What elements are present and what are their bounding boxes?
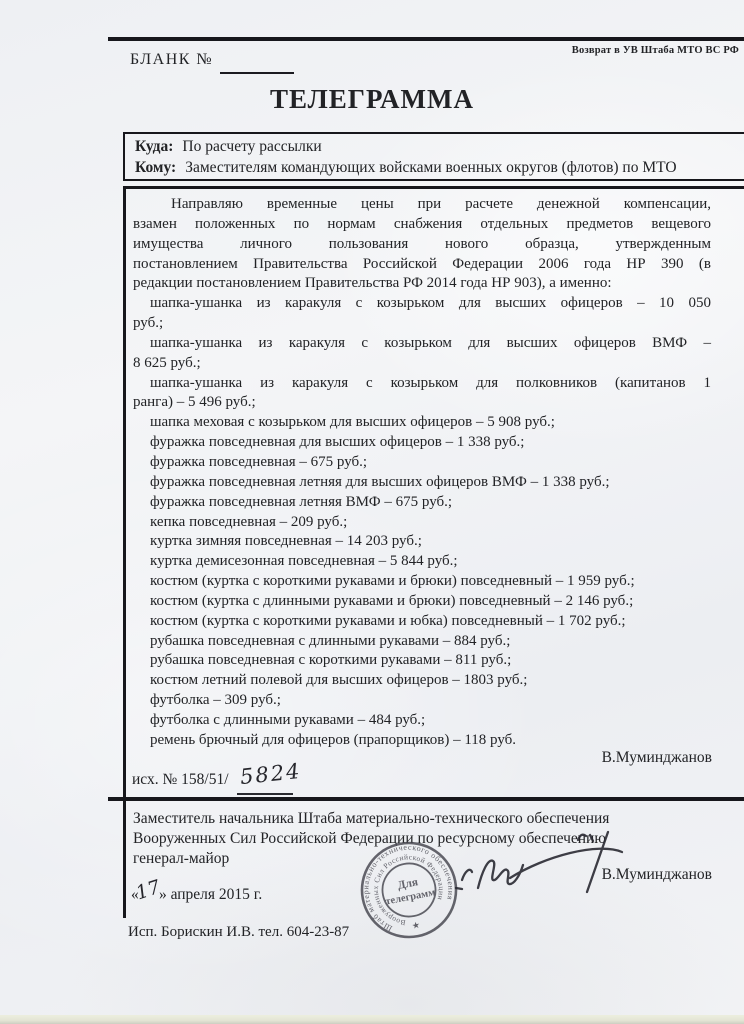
- stamp-center-line2: телеграмм: [385, 887, 437, 907]
- date-line: «17» апреля 2015 г.: [131, 882, 262, 904]
- price-item-line: костюм (куртка с длинными рукавами и брю…: [133, 592, 711, 612]
- date-rest: » апреля 2015 г.: [159, 886, 262, 903]
- top-rule: [108, 37, 744, 41]
- price-item-line: футболка – 309 руб.;: [133, 691, 711, 711]
- intro-line: Направляю временные цены при расчете ден…: [133, 195, 711, 215]
- recipient-value: Заместителям командующих войсками военны…: [185, 159, 676, 176]
- signatory-name-top: В.Муминджанов: [480, 749, 712, 767]
- price-item-line: шапка меховая с козырьком для высших офи…: [133, 413, 711, 433]
- address-box: Куда:По расчету рассылки Кому:Заместител…: [123, 132, 744, 181]
- price-item-line: куртка демисезонная повседневная – 5 844…: [133, 552, 711, 572]
- signature-scrawl-icon: [450, 828, 640, 913]
- recipient-label: Кому:: [135, 159, 176, 176]
- intro-line: постановлением Правительства Российской …: [133, 255, 711, 275]
- separator-rule: [108, 797, 744, 801]
- to-value: По расчету рассылки: [182, 138, 321, 155]
- address-recipient-row: Кому:Заместителям командующих войсками в…: [135, 158, 744, 179]
- intro-line: взамен положенных по нормам снабжения от…: [133, 215, 711, 235]
- price-item-line: кепка повседневная – 209 руб.;: [133, 513, 711, 533]
- price-item-line: рубашка повседневная с короткими рукавам…: [133, 651, 711, 671]
- telegram-document: Возврат в УВ Штаба МТО ВС РФ БЛАНК № ТЕЛ…: [0, 0, 744, 1024]
- intro-line: редакции постановлением Правительства РФ…: [133, 274, 711, 294]
- price-item-line: рубашка повседневная с длинными рукавами…: [133, 632, 711, 652]
- price-item-line: костюм (куртка с короткими рукавами и бр…: [133, 572, 711, 592]
- intro-paragraph: Направляю временные цены при расчете ден…: [133, 195, 711, 294]
- price-item-line: фуражка повседневная летняя ВМФ – 675 ру…: [133, 493, 711, 513]
- price-item-line: фуражка повседневная летняя для высших о…: [133, 473, 711, 493]
- price-item-line: фуражка повседневная для высших офицеров…: [133, 433, 711, 453]
- body-text: Направляю временные цены при расчете ден…: [133, 195, 711, 751]
- price-item-line: фуражка повседневная – 675 руб.;: [133, 453, 711, 473]
- price-item-line: футболка с длинными рукавами – 484 руб.;: [133, 711, 711, 731]
- position-line: Заместитель начальника Штаба материально…: [133, 809, 698, 829]
- executor-line: Исп. Борискин И.В. тел. 604-23-87: [128, 924, 349, 941]
- address-to-row: Куда:По расчету рассылки: [135, 137, 744, 158]
- intro-line: имущества личного пользования нового обр…: [133, 235, 711, 255]
- document-title: ТЕЛЕГРАММА: [0, 84, 744, 115]
- to-label: Куда:: [135, 138, 173, 155]
- price-item-line: шапка-ушанка из каракуля с козырьком для…: [133, 294, 711, 314]
- price-item-line: руб.;: [133, 314, 711, 334]
- stamp-star-icon: ★: [411, 920, 421, 931]
- price-item-line: ремень брючный для офицеров (прапорщиков…: [133, 731, 711, 751]
- price-item-line: куртка зимняя повседневная – 14 203 руб.…: [133, 532, 711, 552]
- outgoing-number-underline: [237, 793, 293, 795]
- price-item-line: костюм (куртка с короткими рукавами и юб…: [133, 612, 711, 632]
- scan-bottom-edge: [0, 1015, 744, 1024]
- price-item-line: ранга) – 5 496 руб.;: [133, 393, 711, 413]
- outgoing-number-label: исх. № 158/51/: [132, 771, 229, 789]
- price-list: шапка-ушанка из каракуля с козырьком для…: [133, 294, 711, 750]
- blank-number-label: БЛАНК №: [130, 51, 213, 69]
- price-item-line: 8 625 руб.;: [133, 354, 711, 374]
- price-item-line: костюм летний полевой для высших офицеро…: [133, 671, 711, 691]
- price-item-line: шапка-ушанка из каракуля с козырьком для…: [133, 334, 711, 354]
- price-item-line: шапка-ушанка из каракуля с козырьком для…: [133, 374, 711, 394]
- blank-number-line: [220, 72, 294, 74]
- return-note: Возврат в УВ Штаба МТО ВС РФ: [572, 45, 739, 56]
